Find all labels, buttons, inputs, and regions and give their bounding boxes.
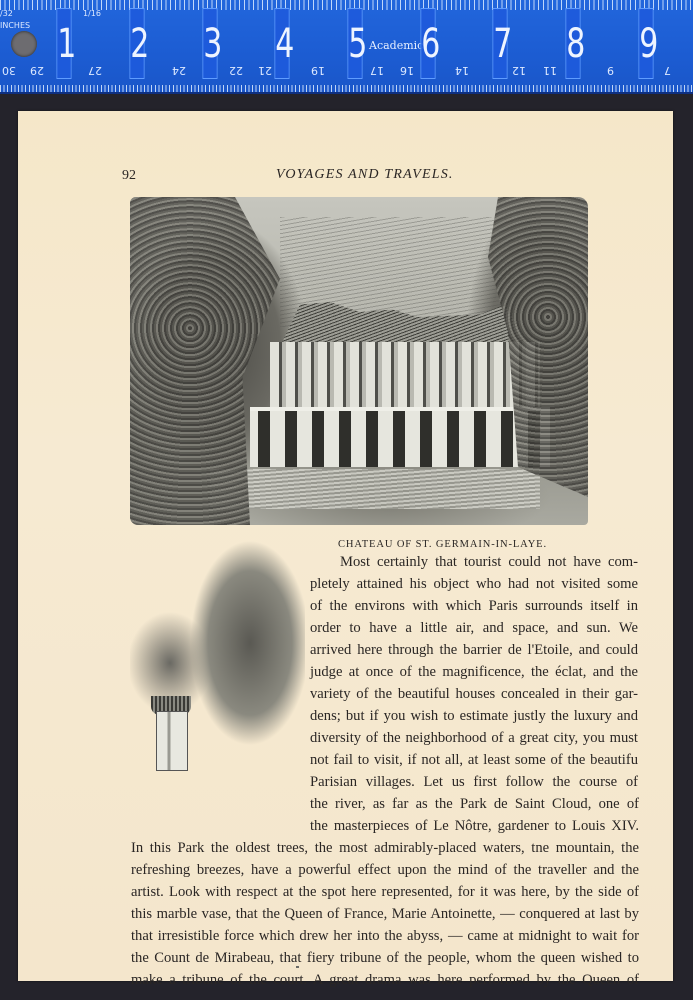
text-line: artist. Look with respect at the spot he…: [131, 881, 639, 903]
text-line: refreshing breezes, have a powerful effe…: [131, 859, 639, 881]
chateau-building: [270, 297, 540, 467]
engraving-lawn: [210, 469, 540, 509]
paper-speck: [296, 966, 299, 968]
text-line: diversity of the neighborhood of a great…: [310, 727, 638, 749]
cm-label: 16: [400, 64, 414, 77]
ruler-brand-logo: Academic: [369, 39, 423, 52]
cm-label: 17: [370, 64, 384, 77]
inch-mark-3: 3: [203, 8, 218, 79]
inch-mark-5: 5: [348, 8, 363, 79]
body-text-wide-column: the river, as far as the Park de Saint C…: [131, 793, 639, 991]
text-line: order to have a little air, and space, a…: [310, 617, 638, 639]
cm-label: 22: [229, 64, 243, 77]
balustrade-pedestal: [156, 711, 188, 771]
cm-label: 21: [258, 64, 272, 77]
cm-label: 29: [30, 64, 44, 77]
inch-mark-4: 4: [275, 8, 290, 79]
illustration-caption: CHATEAU OF ST. GERMAIN-IN-LAYE.: [338, 539, 547, 550]
body-text-narrow-column: Most certainly that tourist could not ha…: [310, 551, 638, 793]
ruler: /32 INCHES 1/16 Academic 1 2 3 4 5 6 7 8…: [0, 0, 693, 94]
chateau-arcade-terrace: [250, 407, 550, 467]
inch-mark-8: 8: [566, 8, 581, 79]
ruler-fraction-32: /32: [0, 9, 13, 18]
ruler-ticks-top: [0, 0, 693, 10]
text-line: judge at once of the magnificence, the é…: [310, 661, 638, 683]
text-line: the masterpieces of Le Nôtre, gardener t…: [131, 815, 639, 837]
cm-label: 24: [172, 64, 186, 77]
text-line: Parisian villages. Let us first follow t…: [310, 771, 638, 793]
text-line: dens; but if you wish to estimate justly…: [310, 705, 638, 727]
running-head: VOYAGES AND TRAVELS.: [276, 167, 454, 183]
text-line: Most certainly that tourist could not ha…: [310, 551, 638, 573]
page-number: 92: [122, 168, 136, 184]
inch-mark-2: 2: [130, 8, 145, 79]
text-line: the Count de Mirabeau, that fiery tribun…: [131, 947, 639, 969]
ruler-fraction-16: 1/16: [83, 9, 101, 18]
inch-mark-9: 9: [639, 8, 654, 79]
chateau-facade: [270, 342, 540, 412]
text-line: arrived here through the barrier de l'Et…: [310, 639, 638, 661]
cm-label: 12: [512, 64, 526, 77]
text-line: that irresistible force which drew her i…: [131, 925, 639, 947]
text-line: not fail to visit, if not all, at least …: [310, 749, 638, 771]
cm-label: 9: [607, 64, 614, 77]
ruler-hole-icon: [11, 31, 37, 57]
text-line: the river, as far as the Park de Saint C…: [131, 793, 639, 815]
cm-label: 27: [88, 64, 102, 77]
cm-label: 19: [311, 64, 325, 77]
text-line: variety of the beautiful houses conceale…: [310, 683, 638, 705]
inch-mark-7: 7: [493, 8, 508, 79]
text-line: of the environs with which Paris surroun…: [310, 595, 638, 617]
cm-label: 14: [455, 64, 469, 77]
text-line: make a tribune of the court. A great dra…: [131, 969, 639, 991]
cm-label: 7: [664, 64, 671, 77]
text-line: In this Park the oldest trees, the most …: [131, 837, 639, 859]
inch-mark-6: 6: [421, 8, 436, 79]
cm-label: 11: [543, 64, 557, 77]
text-line: pletely attained his object who had not …: [310, 573, 638, 595]
cm-label: 30: [2, 64, 16, 77]
ruler-inches-label: INCHES: [0, 21, 30, 30]
book-page: 92 VOYAGES AND TRAVELS. CHATEAU OF ST. G…: [18, 111, 673, 981]
text-line: this marble vase, that the Queen of Fran…: [131, 903, 639, 925]
chateau-roof: [280, 297, 530, 347]
inch-mark-1: 1: [57, 8, 72, 79]
chateau-engraving: [130, 197, 588, 525]
ruler-edge: [0, 92, 693, 94]
